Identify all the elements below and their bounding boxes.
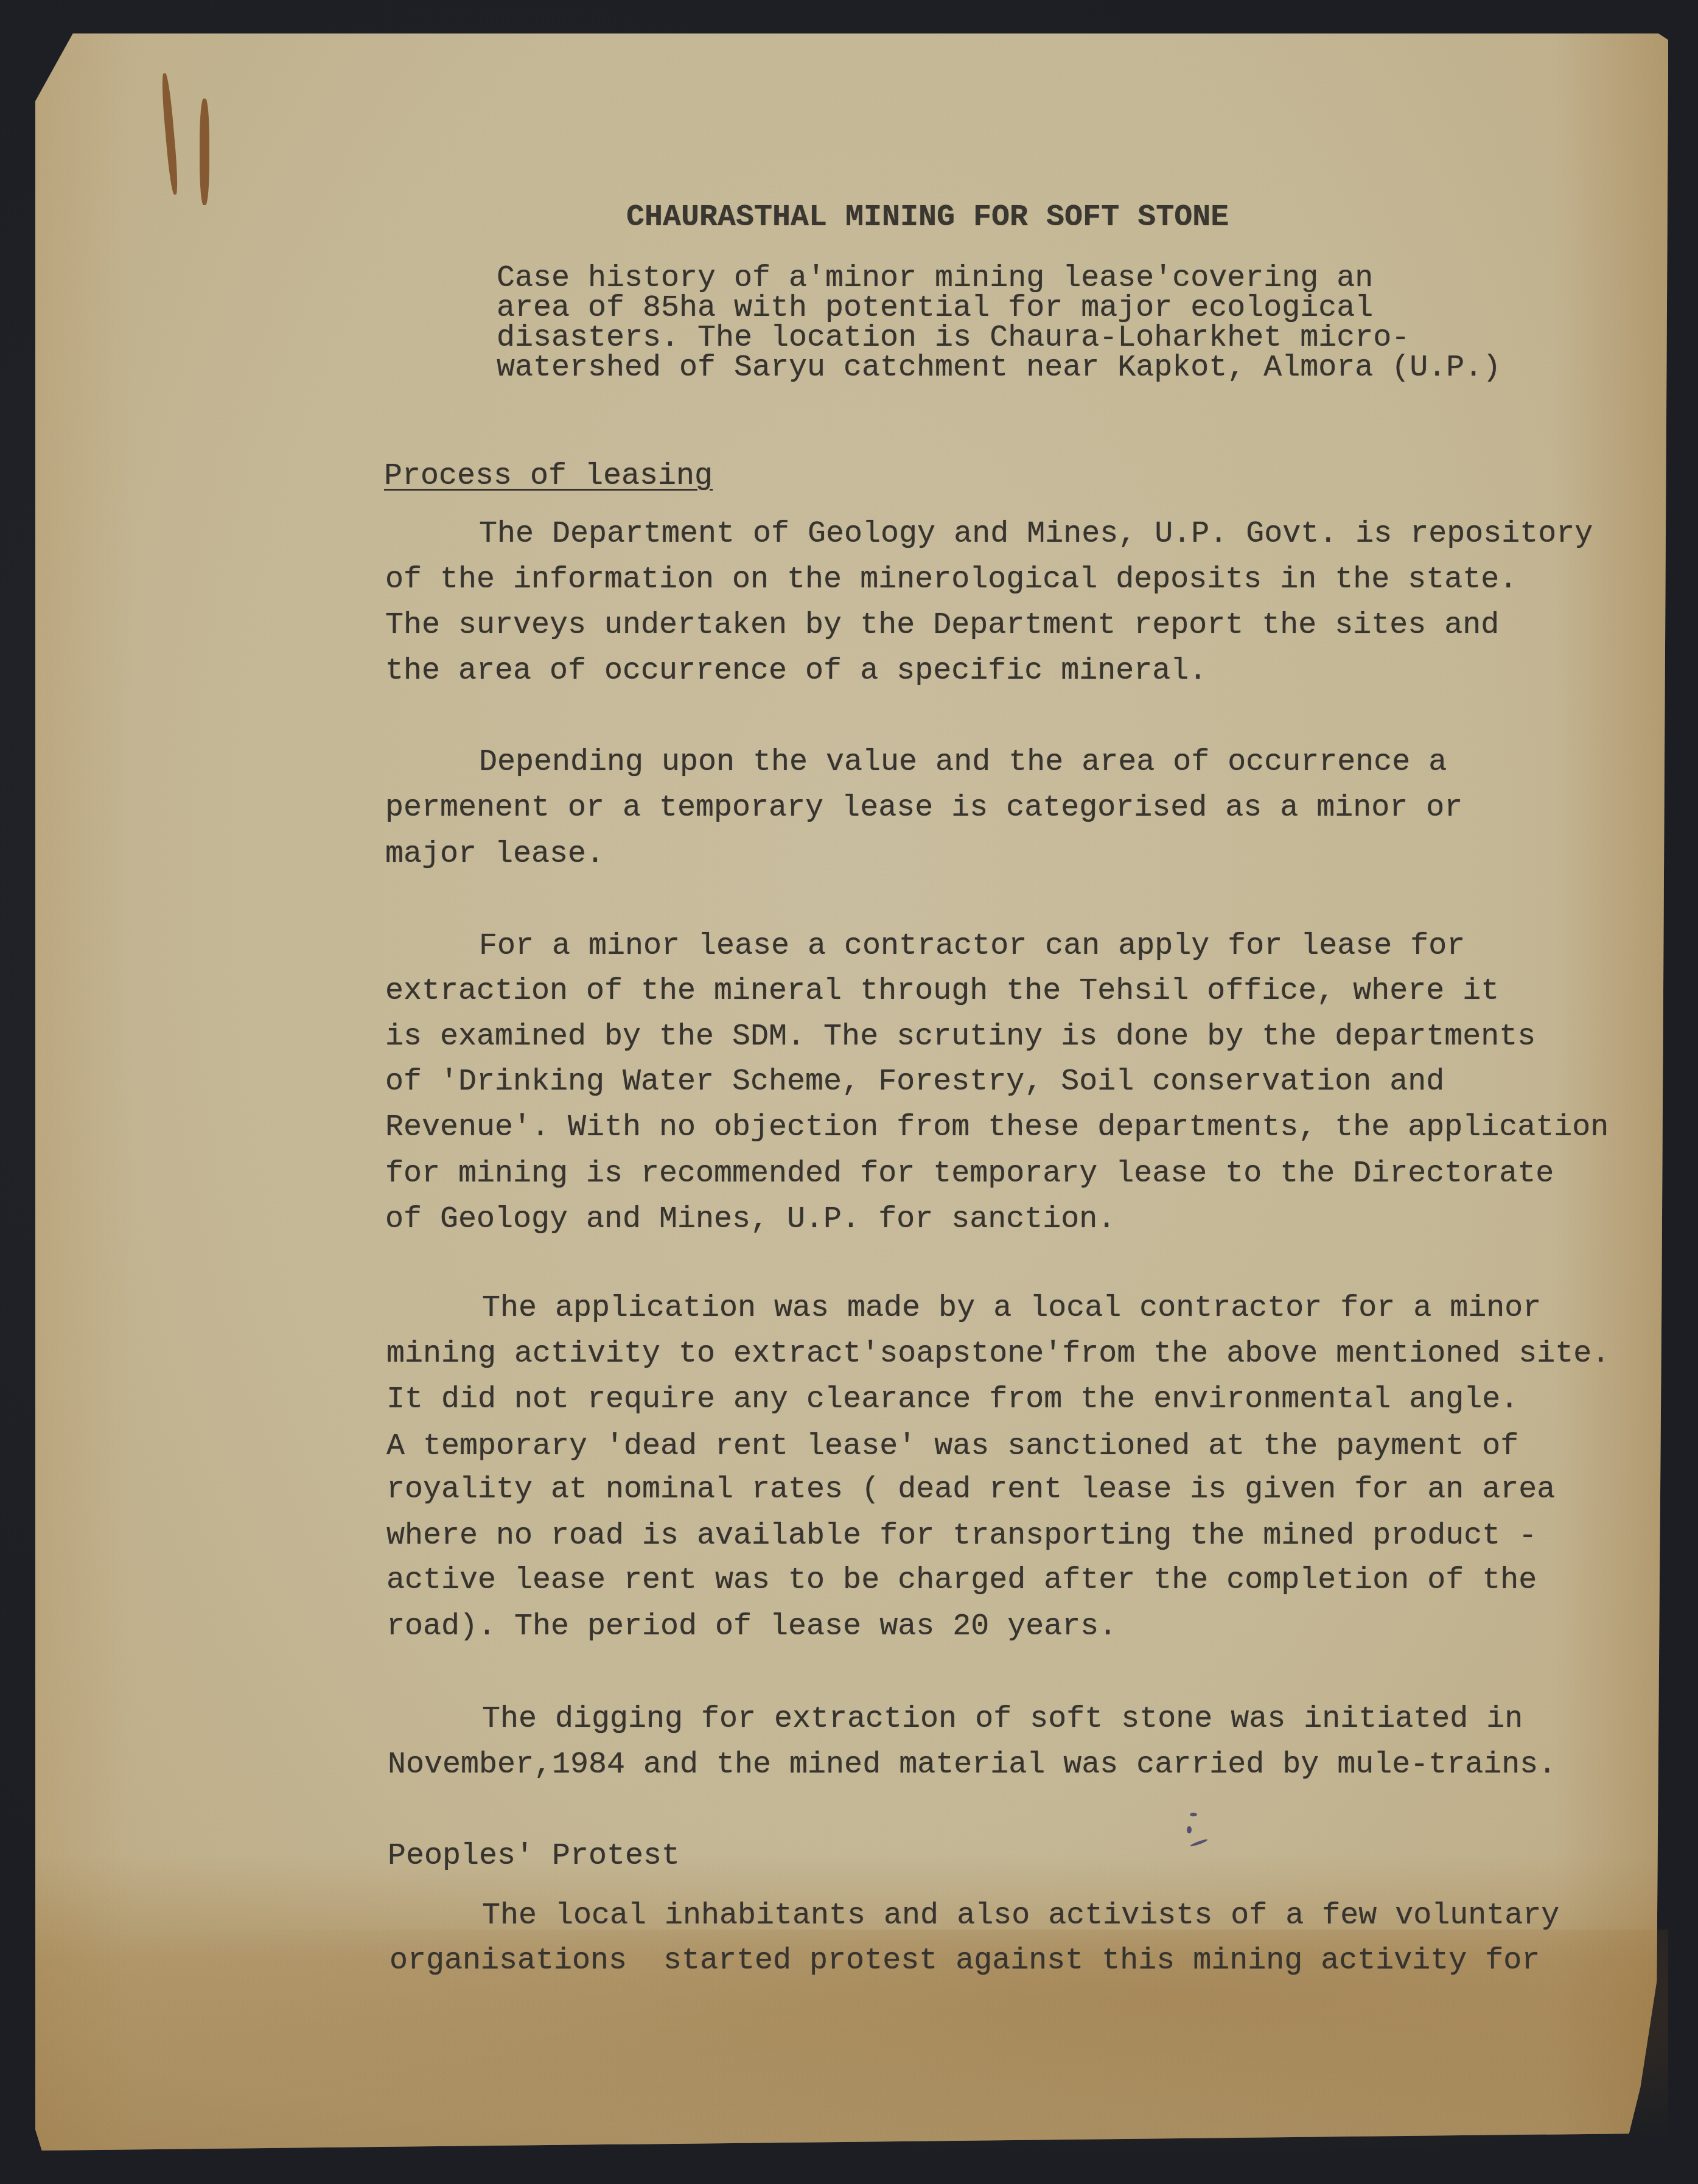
abstract-line: Case history of a'minor mining lease'cov… (497, 264, 1373, 294)
paragraph-line: Depending upon the value and the area of… (479, 747, 1447, 778)
paragraph-line: For a minor lease a contractor can apply… (479, 931, 1465, 962)
section-heading-peoples-protest: Peoples' Protest (388, 1841, 680, 1872)
paragraph-line: is examined by the SDM. The scrutiny is … (385, 1022, 1536, 1052)
abstract-line: area of 85ha with potential for major ec… (497, 293, 1373, 324)
paragraph-line: The local inhabitants and also activists… (482, 1901, 1559, 1931)
paragraph-line: where no road is available for transport… (386, 1521, 1537, 1552)
paragraph-line: The application was made by a local cont… (482, 1293, 1541, 1324)
paragraph-line: road). The period of lease was 20 years. (386, 1612, 1117, 1642)
document-title: CHAURASTHAL MINING FOR SOFT STONE (626, 203, 1229, 233)
paragraph-line: of the information on the minerological … (385, 565, 1517, 595)
abstract-line: disasters. The location is Chaura-Lohark… (497, 323, 1410, 354)
ink-stroke-mark (200, 99, 209, 205)
blue-ink-smudge (1187, 1826, 1192, 1833)
section-heading-process-of-leasing: Process of leasing (384, 461, 713, 492)
paragraph-line: royality at nominal rates ( dead rent le… (386, 1475, 1555, 1505)
paragraph-line: active lease rent was to be charged afte… (386, 1566, 1537, 1596)
paragraph-line: It did not require any clearance from th… (386, 1385, 1518, 1415)
paragraph-line: The digging for extraction of soft stone… (482, 1704, 1523, 1735)
paragraph-line: mining activity to extract'soapstone'fro… (386, 1339, 1610, 1370)
paragraph-line: November,1984 and the mined material was… (388, 1750, 1556, 1780)
paragraph-line: organisations started protest against th… (390, 1946, 1540, 1976)
blue-ink-smudge (1190, 1813, 1197, 1816)
paragraph-line: The surveys undertaken by the Department… (385, 611, 1499, 641)
paragraph-line: extraction of the mineral through the Te… (385, 976, 1499, 1007)
paragraph-line: Revenue'. With no objection from these d… (385, 1113, 1609, 1143)
paragraph-line: The Department of Geology and Mines, U.P… (479, 519, 1593, 550)
abstract-line: watershed of Saryu catchment near Kapkot… (497, 353, 1501, 383)
paragraph-line: of 'Drinking Water Scheme, Forestry, Soi… (385, 1067, 1444, 1097)
paragraph-line: A temporary 'dead rent lease' was sancti… (386, 1432, 1518, 1462)
paragraph-line: permenent or a temporary lease is catego… (385, 793, 1462, 824)
paragraph-line: major lease. (385, 839, 604, 870)
paragraph-line: of Geology and Mines, U.P. for sanction. (385, 1205, 1116, 1235)
paragraph-line: the area of occurrence of a specific min… (385, 656, 1207, 687)
paragraph-line: for mining is recommended for temporary … (385, 1159, 1554, 1189)
